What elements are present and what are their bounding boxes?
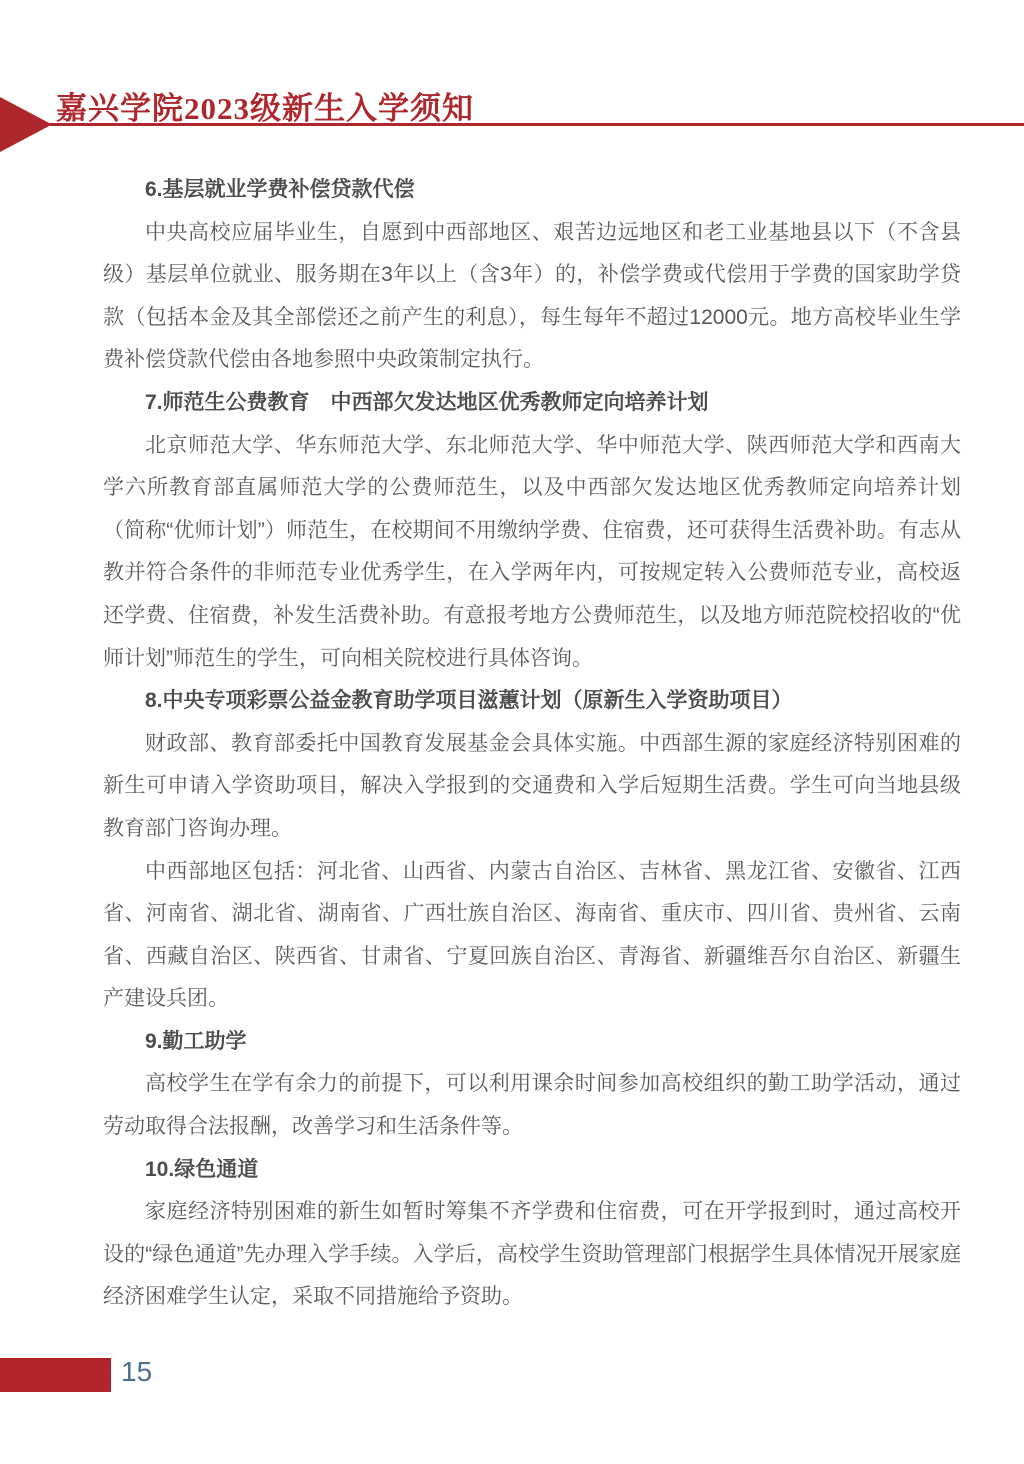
section-9: 9.勤工助学 高校学生在学有余力的前提下，可以利用课余时间参加高校组织的勤工助学…	[103, 1021, 961, 1149]
header-arrow-icon	[0, 97, 52, 152]
section-10: 10.绿色通道 家庭经济特别困难的新生如暂时筹集不齐学费和住宿费，可在开学报到时…	[103, 1149, 961, 1319]
section-heading: 9.勤工助学	[103, 1021, 961, 1064]
section-paragraph: 高校学生在学有余力的前提下，可以利用课余时间参加高校组织的勤工助学活动，通过劳动…	[103, 1063, 961, 1148]
section-7: 7.师范生公费教育 中西部欠发达地区优秀教师定向培养计划 北京师范大学、华东师范…	[103, 382, 961, 680]
section-6: 6.基层就业学费补偿贷款代偿 中央高校应届毕业生，自愿到中西部地区、艰苦边远地区…	[103, 169, 961, 382]
section-8: 8.中央专项彩票公益金教育助学项目滋蕙计划（原新生入学资助项目） 财政部、教育部…	[103, 680, 961, 1021]
section-paragraph: 北京师范大学、华东师范大学、东北师范大学、华中师范大学、陕西师范大学和西南大学六…	[103, 425, 961, 681]
document-body: 6.基层就业学费补偿贷款代偿 中央高校应届毕业生，自愿到中西部地区、艰苦边远地区…	[103, 169, 961, 1319]
section-heading: 10.绿色通道	[103, 1149, 961, 1192]
page-title: 嘉兴学院2023级新生入学须知	[56, 83, 474, 128]
section-heading: 7.师范生公费教育 中西部欠发达地区优秀教师定向培养计划	[103, 382, 961, 425]
section-paragraph: 中西部地区包括：河北省、山西省、内蒙古自治区、吉林省、黑龙江省、安徽省、江西省、…	[103, 851, 961, 1021]
section-paragraph: 家庭经济特别困难的新生如暂时筹集不齐学费和住宿费，可在开学报到时，通过高校开设的…	[103, 1191, 961, 1319]
footer-accent-block	[0, 1358, 111, 1392]
section-heading: 6.基层就业学费补偿贷款代偿	[103, 169, 961, 212]
section-paragraph: 财政部、教育部委托中国教育发展基金会具体实施。中西部生源的家庭经济特别困难的新生…	[103, 723, 961, 851]
page-number: 15	[121, 1356, 152, 1388]
section-heading: 8.中央专项彩票公益金教育助学项目滋蕙计划（原新生入学资助项目）	[103, 680, 961, 723]
section-paragraph: 中央高校应届毕业生，自愿到中西部地区、艰苦边远地区和老工业基地县以下（不含县级）…	[103, 212, 961, 382]
